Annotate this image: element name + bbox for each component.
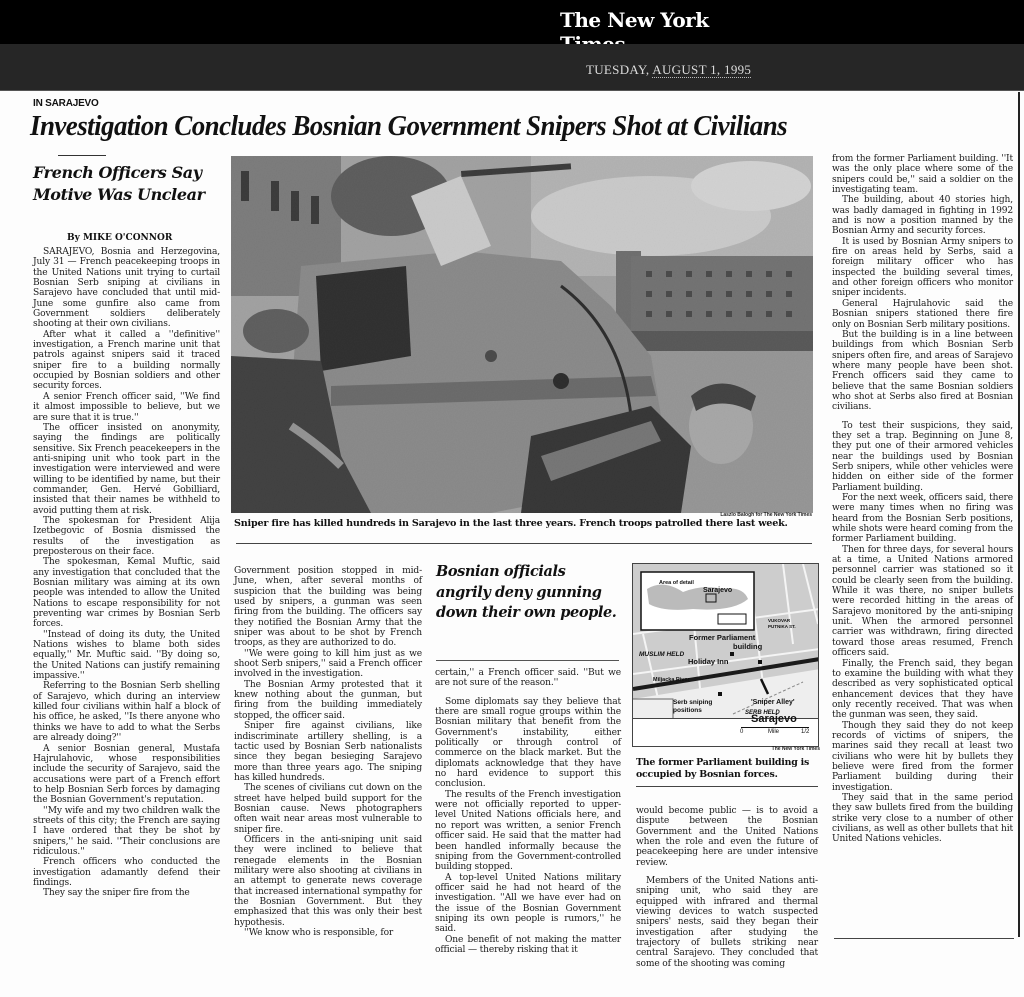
paragraph: One benefit of not making the matter off… (435, 935, 621, 956)
map-label-area-of-detail: Area of detail (659, 580, 694, 586)
photo-caption: Sniper fire has killed hundreds in Saraj… (234, 518, 814, 529)
date-bar (0, 44, 1024, 91)
map-label-sniper-alley: 'Sniper Alley' (751, 699, 795, 706)
pull-quote-rule (436, 660, 619, 661)
paragraph: Sniper fire against civilians, like indi… (234, 721, 422, 783)
paragraph: ''Instead of doing its duty, the United … (33, 630, 220, 682)
date-weekday: TUESDAY, (586, 62, 649, 77)
sarajevo-map: Area of detail Sarajevo Former Parliamen… (632, 563, 819, 719)
map-label-inset-city: Sarajevo (703, 587, 732, 594)
armored-vehicle-photo-icon (231, 156, 813, 513)
article-end-rule (834, 938, 1014, 939)
column-5: from the former Parliament building. ''I… (832, 154, 1013, 845)
paragraph: It is used by Bosnian Army snipers to fi… (832, 237, 1013, 299)
paragraph: To test their suspicions, they said, the… (832, 421, 1013, 493)
pull-quote: Bosnian officials angrily deny gunning d… (436, 562, 621, 624)
paragraph: The building, about 40 stories high, was… (832, 195, 1013, 236)
paragraph: ''We know who is responsible, for (234, 928, 422, 938)
map-label-putnika: PUTNIKA ST. (768, 624, 796, 629)
paragraph: French officers who conducted the invest… (33, 857, 220, 888)
paragraph: They said that in the same period they s… (832, 793, 1013, 845)
paragraph: Then for three days, for several hours a… (832, 545, 1013, 659)
date-link[interactable]: AUGUST 1, 1995 (652, 62, 751, 78)
paragraph: Some diplomats say they believe that the… (435, 697, 621, 790)
map-label-vukovar: VUKOVAR (768, 618, 791, 623)
column-3: certain,'' a French officer said. ''But … (435, 668, 621, 955)
paragraph: But the building is in a line between bu… (832, 330, 1013, 413)
headline: Investigation Concludes Bosnian Governme… (30, 108, 941, 144)
paragraph: Though they said they do not keep record… (832, 721, 1013, 793)
paragraph: General Hajrulahovic said the Bosnian sn… (832, 299, 1013, 330)
map-city-label: Sarajevo (751, 713, 797, 725)
paragraph: After what it called a ''definitive'' in… (33, 330, 220, 392)
map-label-river: Miljacka River (653, 677, 691, 683)
paragraph: They say the sniper fire from the (33, 888, 220, 898)
paragraph: A senior French officer said, ''We find … (33, 392, 220, 423)
column-2: Government position stopped in mid-June,… (234, 566, 422, 938)
paragraph: Government position stopped in mid-June,… (234, 566, 422, 649)
map-scale-bar (741, 727, 809, 728)
paragraph: The spokesman for President Alija Izetbe… (33, 516, 220, 557)
paragraph: ''We were going to kill him just as we s… (234, 649, 422, 680)
paragraph: from the former Parliament building. ''I… (832, 154, 1013, 195)
paragraph: The results of the French investigation … (435, 790, 621, 873)
byline: By MIKE O'CONNOR (67, 233, 172, 243)
subheadline: French Officers Say Motive Was Unclear (33, 162, 223, 206)
masthead-bar: The New York Times (0, 0, 1024, 44)
map-legend-area: Sarajevo 0 Mile 1/2 (632, 719, 819, 747)
map-label-serb-sniping: Serb sniping (673, 699, 712, 706)
map-label-muslim-held: MUSLIM HELD (639, 651, 684, 658)
paragraph: ''My wife and my two children walk the s… (33, 806, 220, 858)
paragraph: The scenes of civilians cut down on the … (234, 783, 422, 835)
caption-rule (236, 543, 812, 544)
paragraph: Officers in the anti-sniping unit said t… (234, 835, 422, 928)
paragraph: SARAJEVO, Bosnia and Herzegovina, July 3… (33, 247, 220, 330)
map-icon: Area of detail Sarajevo Former Parliamen… (633, 564, 819, 719)
paragraph: Finally, the French said, they began to … (832, 659, 1013, 721)
paragraph: would become public — is to avoid a disp… (636, 806, 818, 868)
map-rule (636, 786, 818, 787)
paragraph: For the next week, officers said, there … (832, 493, 1013, 545)
map-scale-unit: Mile (768, 729, 779, 735)
subhead-rule (58, 155, 106, 156)
news-photo (231, 156, 813, 513)
column-1: SARAJEVO, Bosnia and Herzegovina, July 3… (33, 247, 220, 899)
map-caption: The former Parliament building is occupi… (636, 757, 822, 780)
map-scale-zero: 0 (740, 729, 743, 735)
map-label-positions: positions (673, 707, 702, 714)
paragraph: The officer insisted on anonymity, sayin… (33, 423, 220, 516)
paragraph: Referring to the Bosnian Serb shelling o… (33, 681, 220, 743)
paragraph: The Bosnian Army protested that it knew … (234, 680, 422, 721)
paragraph: certain,'' a French officer said. ''But … (435, 668, 621, 689)
map-scale-half: 1/2 (801, 729, 809, 735)
paragraph: Members of the United Nations anti-snipi… (636, 876, 818, 969)
issue-date: TUESDAY, AUGUST 1, 1995 (586, 62, 751, 78)
map-credit: The New York Times (740, 746, 820, 752)
column-4: would become public — is to avoid a disp… (636, 806, 818, 969)
paragraph: The spokesman, Kemal Muftic, said any in… (33, 557, 220, 629)
clipping-edge (1018, 92, 1020, 937)
map-label-former-parliament: Former Parliament (689, 633, 756, 642)
map-label-holiday-inn: Holiday Inn (688, 657, 729, 666)
paragraph: A senior Bosnian general, Mustafa Hajrul… (33, 744, 220, 806)
paragraph: A top-level United Nations military offi… (435, 873, 621, 935)
map-label-building: building (733, 642, 763, 651)
